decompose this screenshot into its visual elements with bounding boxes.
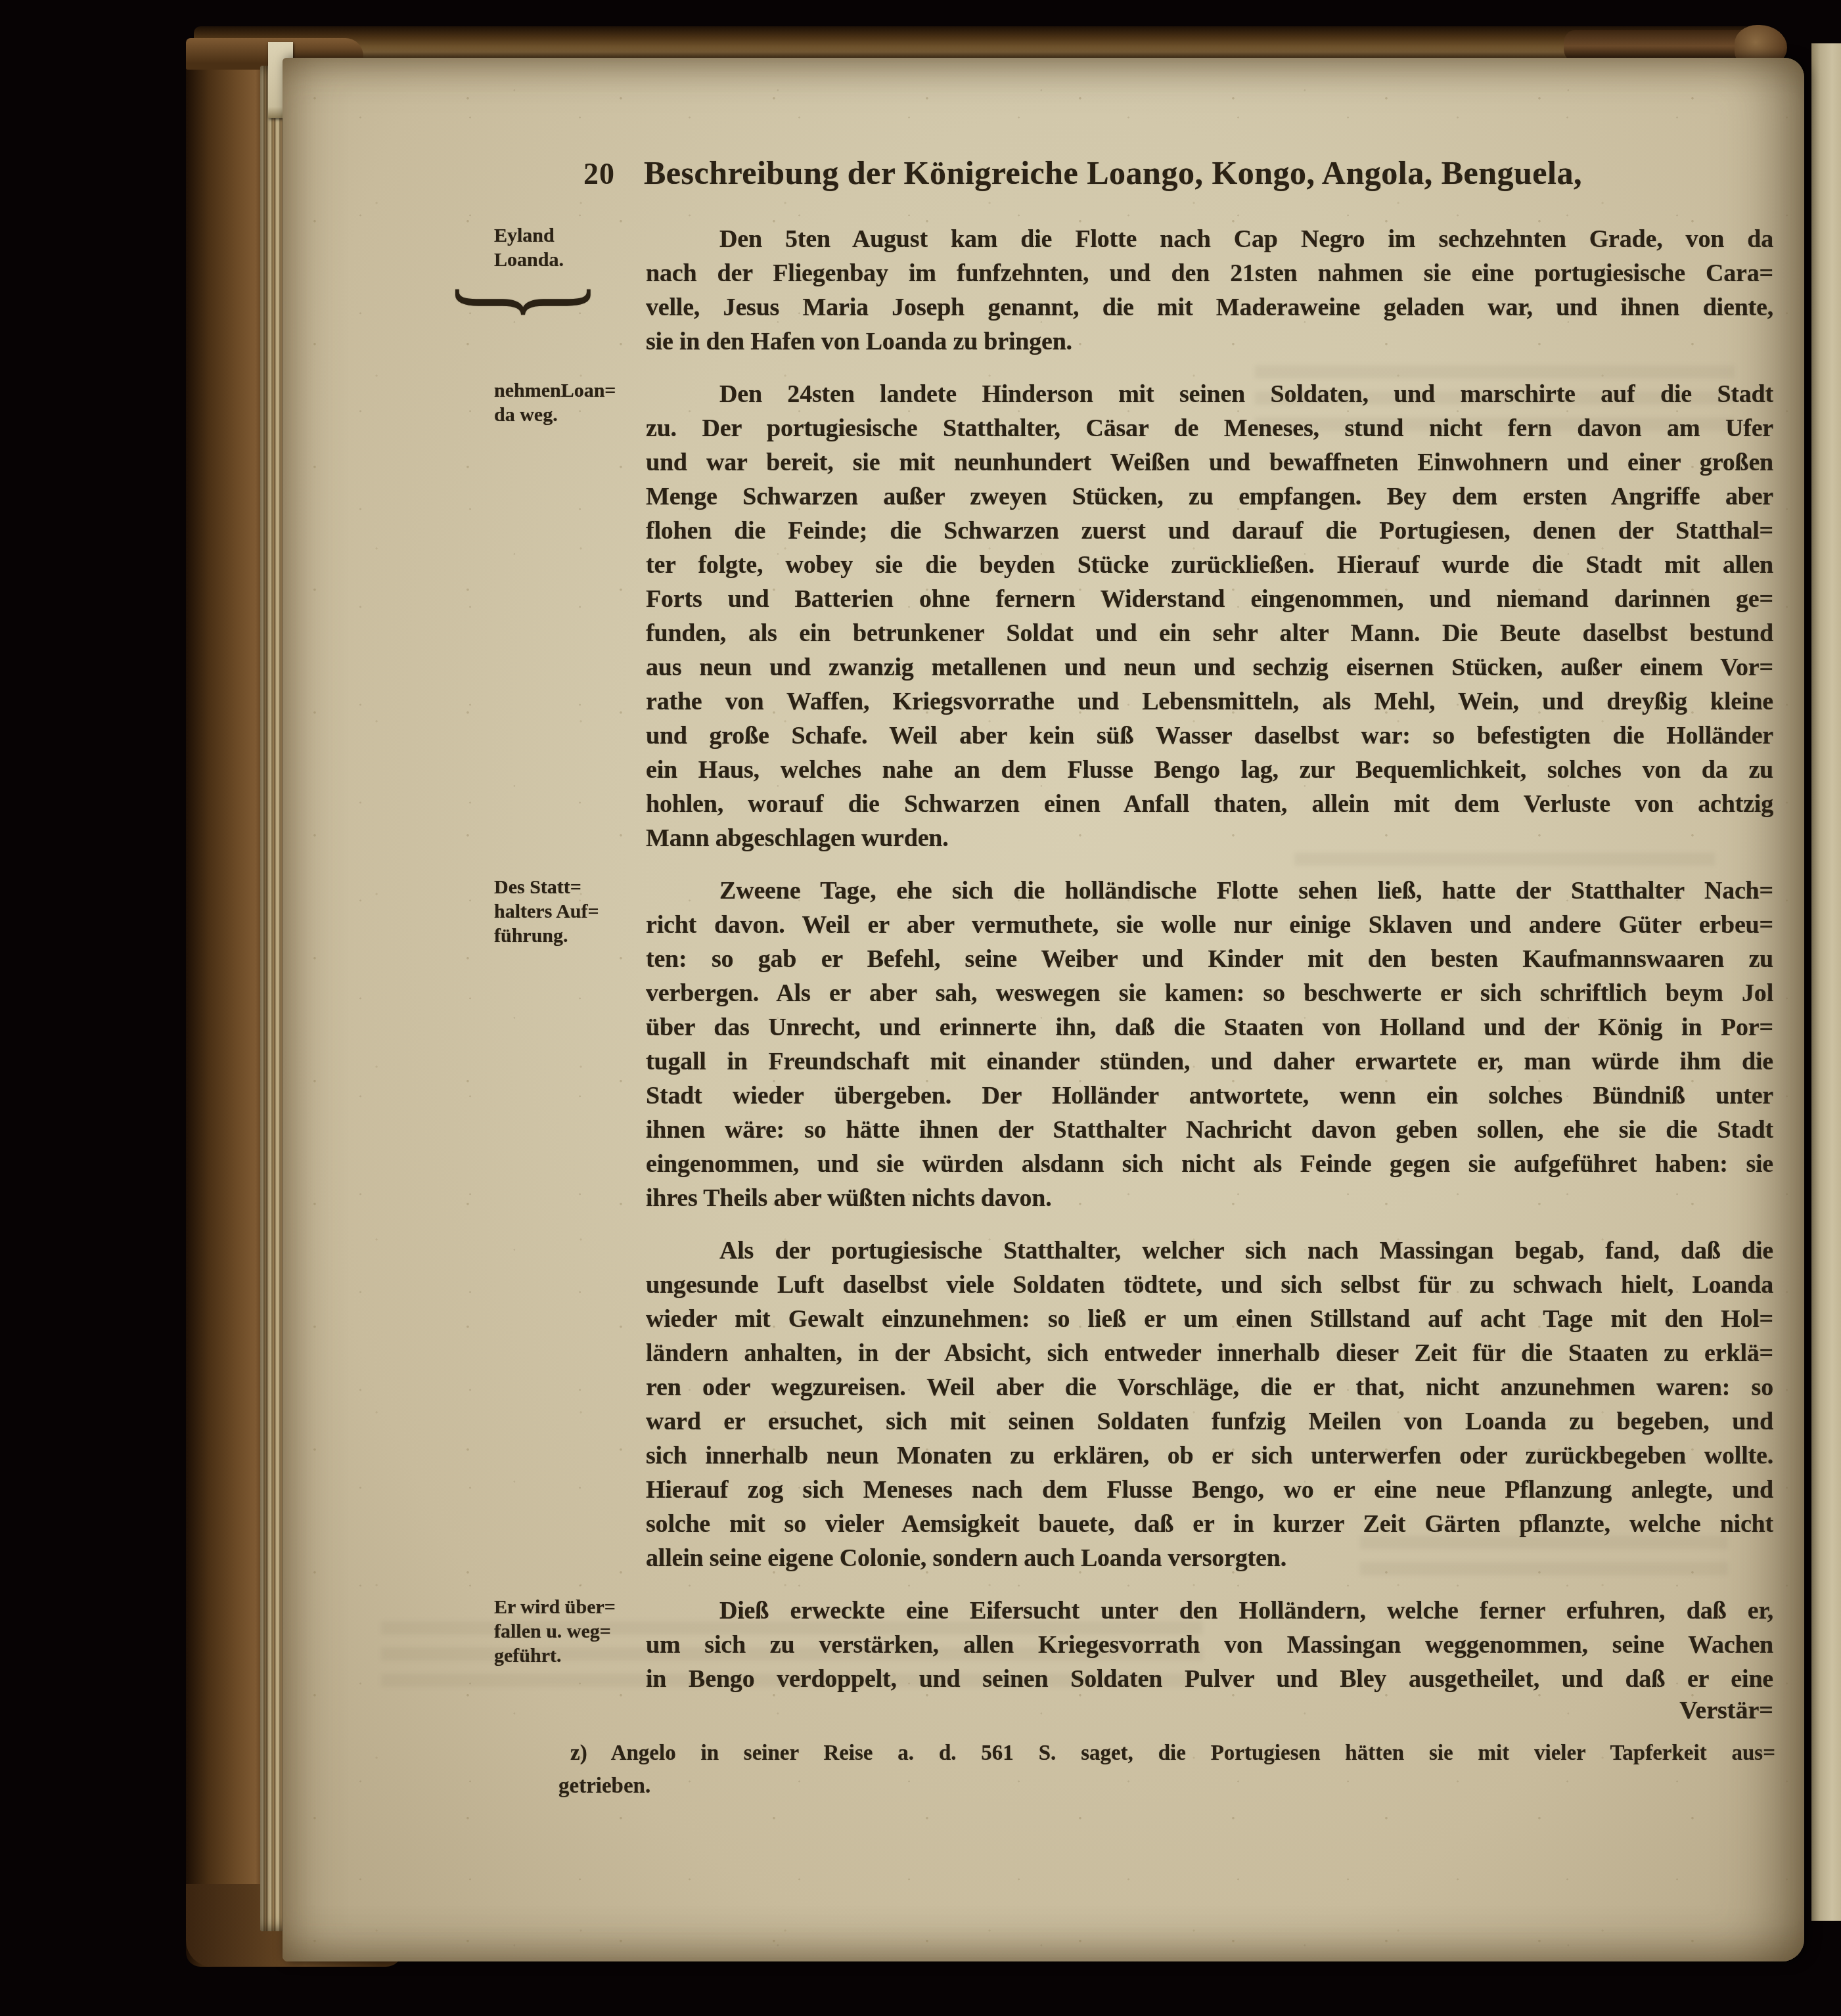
book-page: 20 Beschreibung der Königreiche Loango, …: [283, 58, 1804, 1961]
text-line: Hierauf zog sich Meneses nach dem Flusse…: [646, 1473, 1773, 1507]
text-line: über das Unrecht, und erinnerte ihn, daß…: [646, 1010, 1773, 1044]
footnote: z) Angelo in seiner Reise a. d. 561 S. s…: [558, 1737, 1775, 1803]
text-line: Forts und Batterien ohne fernern Widerst…: [646, 582, 1773, 616]
text-line: Als der portugiesische Statthalter, welc…: [646, 1234, 1773, 1268]
body-paragraph: Dieß erweckte eine Eifersucht unter den …: [646, 1594, 1773, 1696]
text-line: verbergen. Als er aber sah, weswegen sie…: [646, 976, 1773, 1010]
body-paragraph: Den 5ten August kam die Flotte nach Cap …: [646, 222, 1773, 359]
text-line: Menge Schwarzen außer zweyen Stücken, zu…: [646, 480, 1773, 514]
catchword: Verstär=: [646, 1696, 1773, 1725]
margin-note-line: nehmenLoan=: [494, 378, 650, 403]
margin-brace-decoration: }: [494, 272, 629, 315]
margin-note: Er wird über=fallen u. weg=geführt.: [494, 1595, 650, 1668]
text-line: flohen die Feinde; die Schwarzen zuerst …: [646, 514, 1773, 548]
photo-backdrop: { "colors": { "ink": "#2b2215", "paper":…: [0, 0, 1841, 2016]
margin-note: nehmenLoan=da weg.: [494, 378, 650, 427]
text-line: aus neun und zwanzig metallenen und neun…: [646, 650, 1773, 684]
text-line: Mann abgeschlagen wurden.: [646, 821, 1773, 855]
text-line: funden, als ein betrunkener Soldat und e…: [646, 616, 1773, 650]
margin-note-line: da weg.: [494, 403, 650, 427]
text-line: sich innerhalb neun Monaten zu erklären,…: [646, 1439, 1773, 1473]
margin-note-line: führung.: [494, 924, 650, 948]
text-line: Den 24sten landete Hinderson mit seinen …: [646, 377, 1773, 411]
body-paragraph: Als der portugiesische Statthalter, welc…: [646, 1234, 1773, 1575]
margin-note-line: Des Statt=: [494, 875, 650, 899]
margin-note-line: geführt.: [494, 1644, 650, 1668]
text-line: solche mit so vieler Aemsigkeit bauete, …: [646, 1507, 1773, 1541]
text-line: rathe von Waffen, Kriegsvorrathe und Leb…: [646, 684, 1773, 719]
margin-note-line: Eyland: [494, 223, 650, 248]
text-line: velle, Jesus Maria Joseph genannt, die m…: [646, 290, 1773, 325]
text-line: und war bereit, sie mit neunhundert Weiß…: [646, 445, 1773, 480]
footnote-line: getrieben.: [558, 1770, 1775, 1803]
text-line: eingenommen, und sie würden alsdann sich…: [646, 1147, 1773, 1181]
body-paragraph: Den 24sten landete Hinderson mit seinen …: [646, 377, 1773, 855]
text-line: ungesunde Luft daselbst viele Soldaten t…: [646, 1268, 1773, 1302]
margin-note: EylandLoanda.}: [494, 223, 650, 315]
text-line: hohlen, worauf die Schwarzen einen Anfal…: [646, 787, 1773, 821]
text-line: richt davon. Weil er aber vermuthete, si…: [646, 908, 1773, 942]
margin-note-line: fallen u. weg=: [494, 1619, 650, 1644]
text-line: Zweene Tage, ehe sich die holländische F…: [646, 874, 1773, 908]
text-line: und große Schafe. Weil aber kein süß Was…: [646, 719, 1773, 753]
brace-glyph: }: [449, 282, 612, 323]
text-line: ein Haus, welches nahe an dem Flusse Ben…: [646, 753, 1773, 787]
text-line: ren oder wegzureisen. Weil aber die Vors…: [646, 1370, 1773, 1404]
margin-note-line: halters Auf=: [494, 899, 650, 924]
text-line: ter folgte, wobey sie die beyden Stücke …: [646, 548, 1773, 582]
text-line: ihres Theils aber wüßten nichts davon.: [646, 1181, 1773, 1215]
text-line: ward er ersuchet, sich mit seinen Soldat…: [646, 1404, 1773, 1439]
text-line: allein seine eigene Colonie, sondern auc…: [646, 1541, 1773, 1575]
text-line: wieder mit Gewalt einzunehmen: so ließ e…: [646, 1302, 1773, 1336]
next-page-sliver: [1811, 43, 1841, 1921]
footnote-line: z) Angelo in seiner Reise a. d. 561 S. s…: [558, 1737, 1775, 1770]
page-number: 20: [583, 156, 615, 191]
margin-note-line: Er wird über=: [494, 1595, 650, 1619]
text-line: zu. Der portugiesische Statthalter, Cäsa…: [646, 411, 1773, 445]
text-line: ihnen wäre: so hätte ihnen der Statthalt…: [646, 1113, 1773, 1147]
margin-note: Des Statt=halters Auf=führung.: [494, 875, 650, 948]
text-line: ten: so gab er Befehl, seine Weiber und …: [646, 942, 1773, 976]
text-line: Den 5ten August kam die Flotte nach Cap …: [646, 222, 1773, 256]
text-line: um sich zu verstärken, allen Kriegesvorr…: [646, 1628, 1773, 1662]
text-line: Stadt wieder übergeben. Der Holländer an…: [646, 1079, 1773, 1113]
text-line: ländern anhalten, in der Absicht, sich e…: [646, 1336, 1773, 1370]
running-header: Beschreibung der Königreiche Loango, Kon…: [644, 154, 1582, 192]
page-header: 20 Beschreibung der Königreiche Loango, …: [583, 154, 1582, 192]
text-line: in Bengo verdoppelt, und seinen Soldaten…: [646, 1662, 1773, 1696]
text-line: nach der Fliegenbay im funfzehnten, und …: [646, 256, 1773, 290]
body-paragraph: Zweene Tage, ehe sich die holländische F…: [646, 874, 1773, 1215]
margin-note-line: Loanda.: [494, 248, 650, 272]
text-line: sie in den Hafen von Loanda zu bringen.: [646, 325, 1773, 359]
book-cover-edge: [186, 49, 263, 1967]
text-line: Dieß erweckte eine Eifersucht unter den …: [646, 1594, 1773, 1628]
text-line: tugall in Freundschaft mit einander stün…: [646, 1044, 1773, 1079]
